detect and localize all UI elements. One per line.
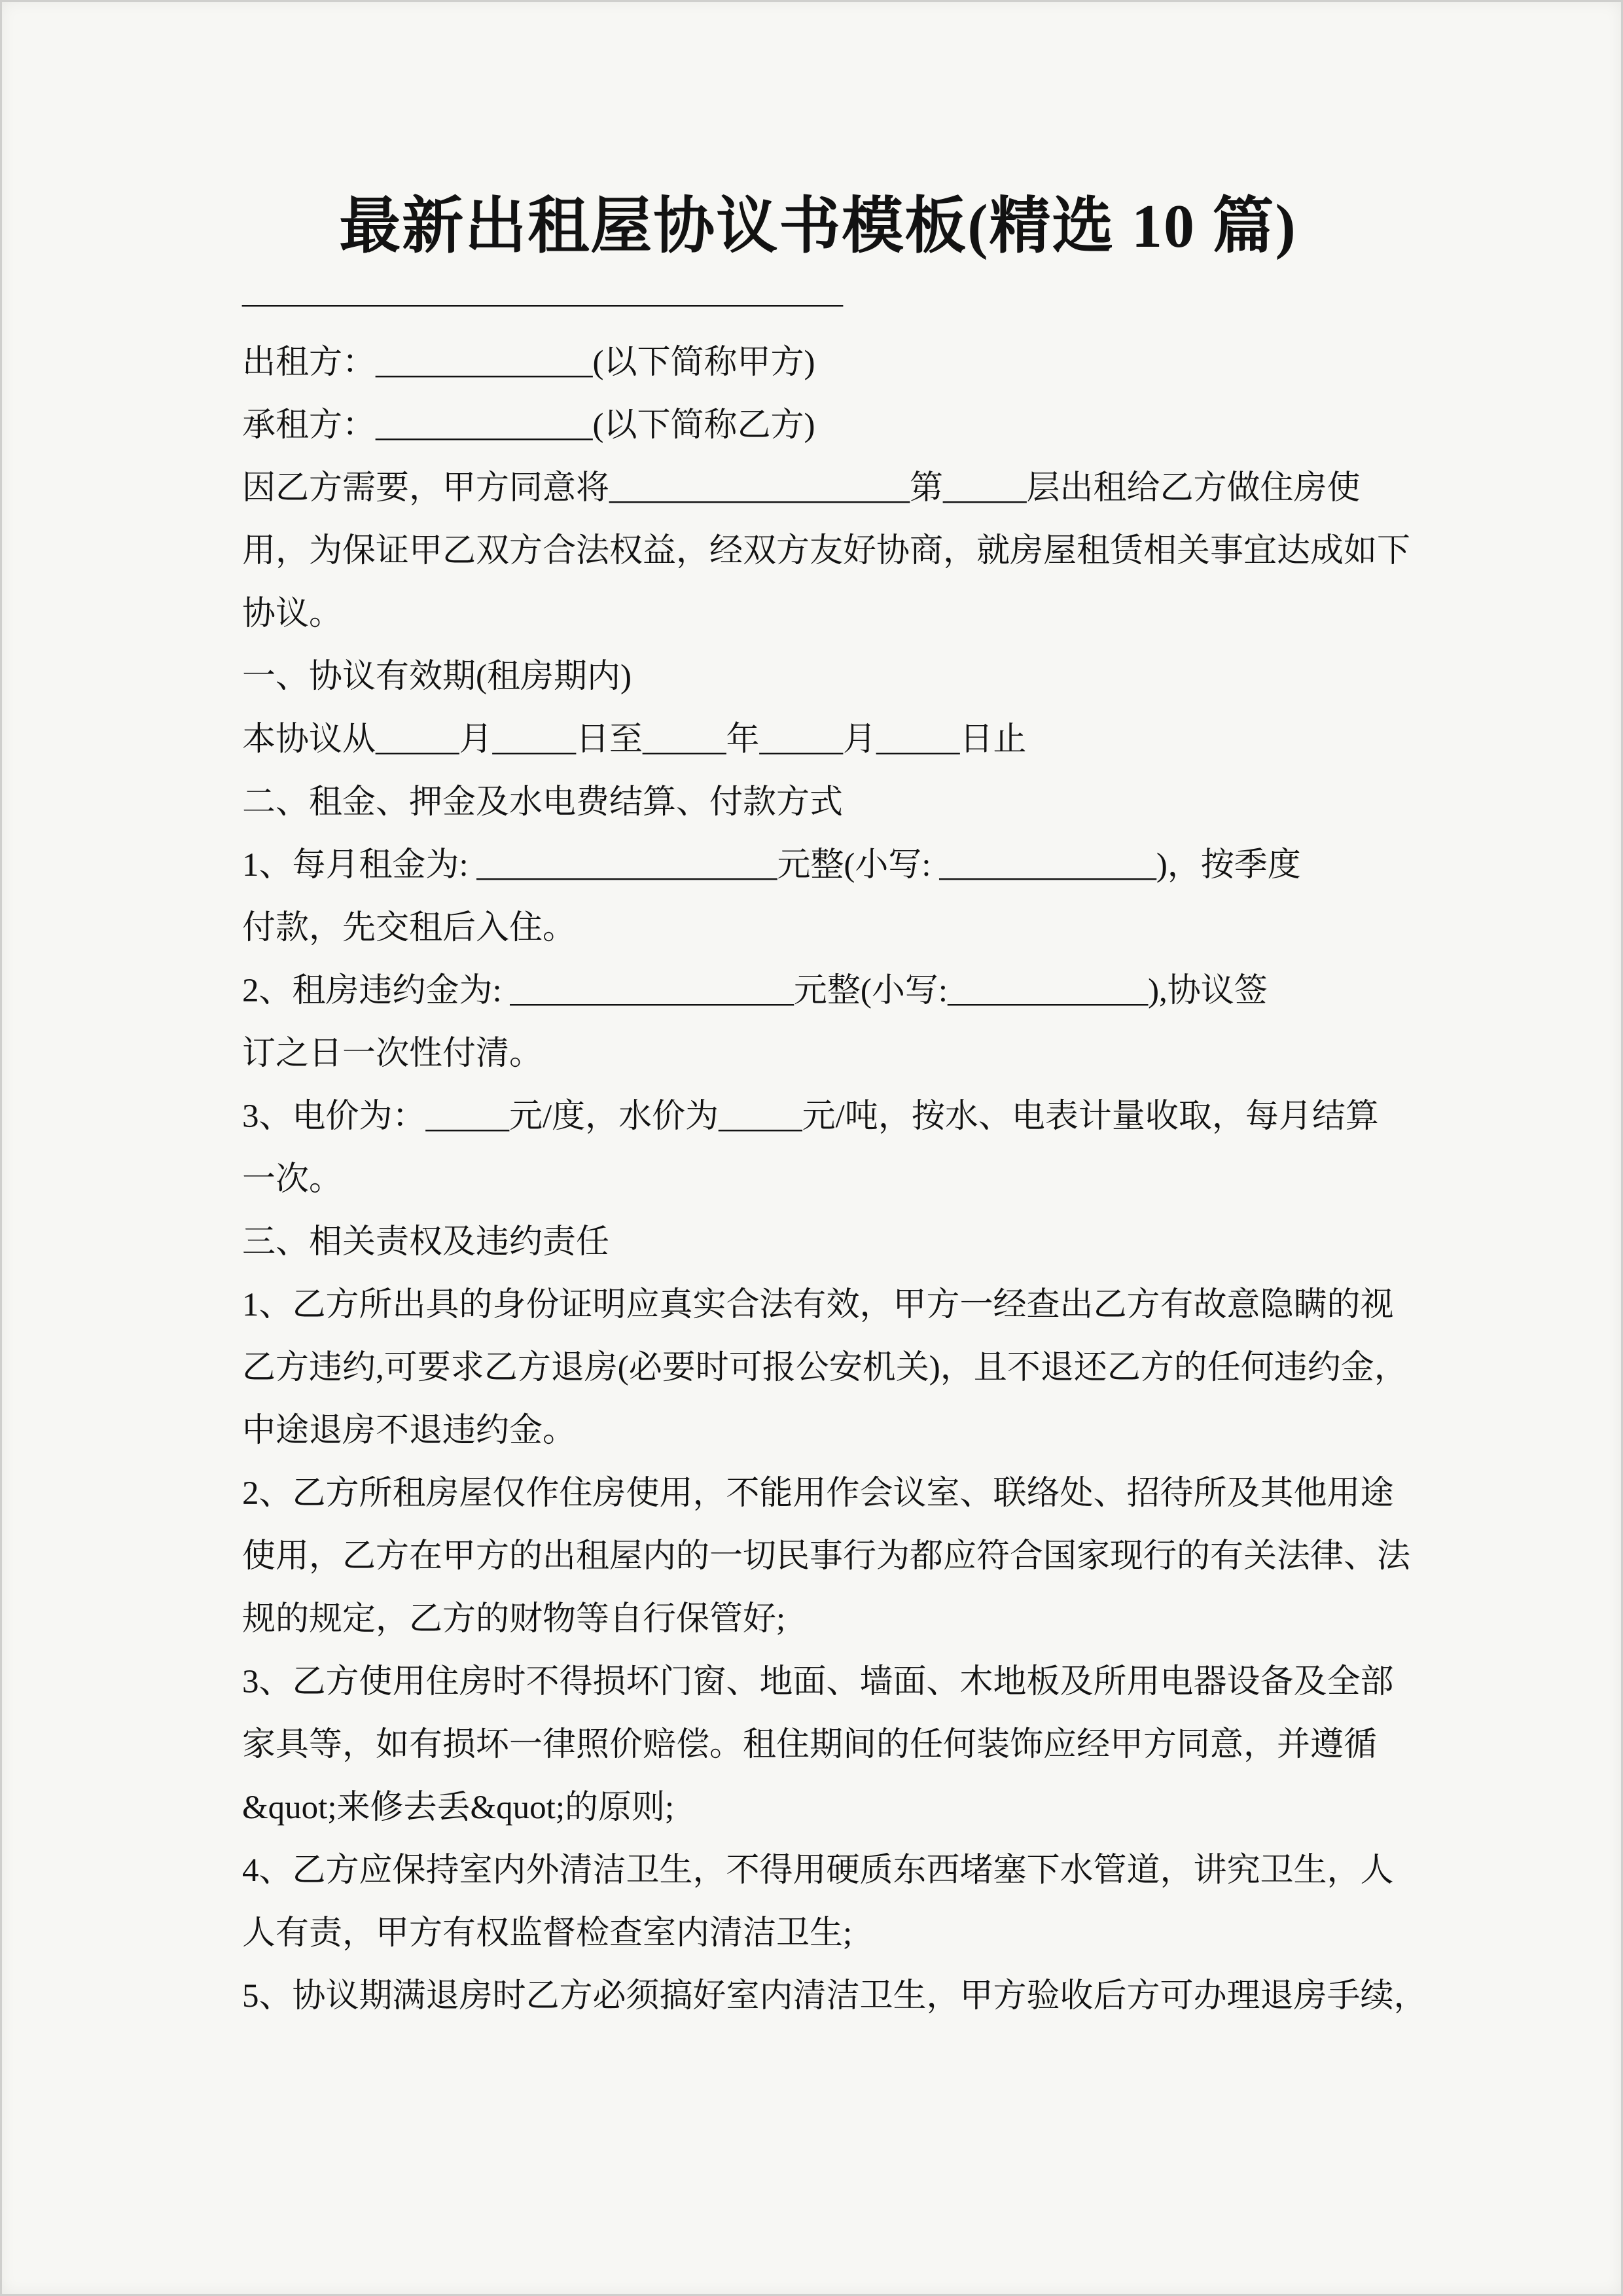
document-line: 付款，先交租后入住。 [242,897,1394,960]
document-line: 人有责，甲方有权监督检查室内清洁卫生; [242,1902,1394,1965]
document-line: 因乙方需要，甲方同意将__________________第_____层出租给乙… [242,457,1394,520]
document-line: 1、每月租金为: __________________元整(小写: ______… [242,834,1394,897]
document-line: 二、租金、押金及水电费结算、付款方式 [242,771,1394,834]
document-line: 用，为保证甲乙双方合法权益，经双方友好协商，就房屋租赁相关事宜达成如下 [242,520,1394,583]
document-line: &quot;来修去丢&quot;的原则; [242,1776,1394,1839]
document-line: 使用，乙方在甲方的出租屋内的一切民事行为都应符合国家现行的有关法律、法 [242,1525,1394,1588]
document-body: 出租方：_____________(以下简称甲方)承租方：___________… [242,331,1394,2028]
document-line: 三、相关责权及违约责任 [242,1211,1394,1274]
document-line: 承租方：_____________(以下简称乙方) [242,394,1394,457]
document-line: 5、协议期满退房时乙方必须搞好室内清洁卫生，甲方验收后方可办理退房手续， [242,1965,1394,2028]
document-line: 中途退房不退违约金。 [242,1399,1394,1462]
document-line: 一次。 [242,1148,1394,1211]
document-line: 乙方违约,可要求乙方退房(必要时可报公安机关)，且不退还乙方的任何违约金， [242,1336,1394,1399]
document-line: 一、协议有效期(租房期内) [242,645,1394,708]
document-page: 最新出租屋协议书模板(精选 10 篇) ____________________… [0,0,1623,2296]
document-line: 出租方：_____________(以下简称甲方) [242,331,1394,394]
document-line: 4、乙方应保持室内外清洁卫生，不得用硬质东西堵塞下水管道，讲究卫生，人 [242,1839,1394,1902]
divider-line: ____________________________________ [242,271,1394,313]
document-line: 家具等，如有损坏一律照价赔偿。租住期间的任何装饰应经甲方同意，并遵循 [242,1713,1394,1776]
document-line: 3、电价为：_____元/度，水价为_____元/吨，按水、电表计量收取，每月结… [242,1085,1394,1148]
document-line: 规的规定，乙方的财物等自行保管好; [242,1588,1394,1651]
document-line: 本协议从_____月_____日至_____年_____月_____日止 [242,708,1394,771]
document-line: 2、乙方所租房屋仅作住房使用，不能用作会议室、联络处、招待所及其他用途 [242,1462,1394,1525]
document-line: 3、乙方使用住房时不得损坏门窗、地面、墙面、木地板及所用电器设备及全部 [242,1651,1394,1713]
document-line: 1、乙方所出具的身份证明应真实合法有效，甲方一经查出乙方有故意隐瞒的视 [242,1274,1394,1336]
document-title: 最新出租屋协议书模板(精选 10 篇) [242,191,1394,262]
document-line: 协议。 [242,583,1394,645]
document-line: 2、租房违约金为: _________________元整(小写:_______… [242,960,1394,1022]
document-line: 订之日一次性付清。 [242,1022,1394,1085]
